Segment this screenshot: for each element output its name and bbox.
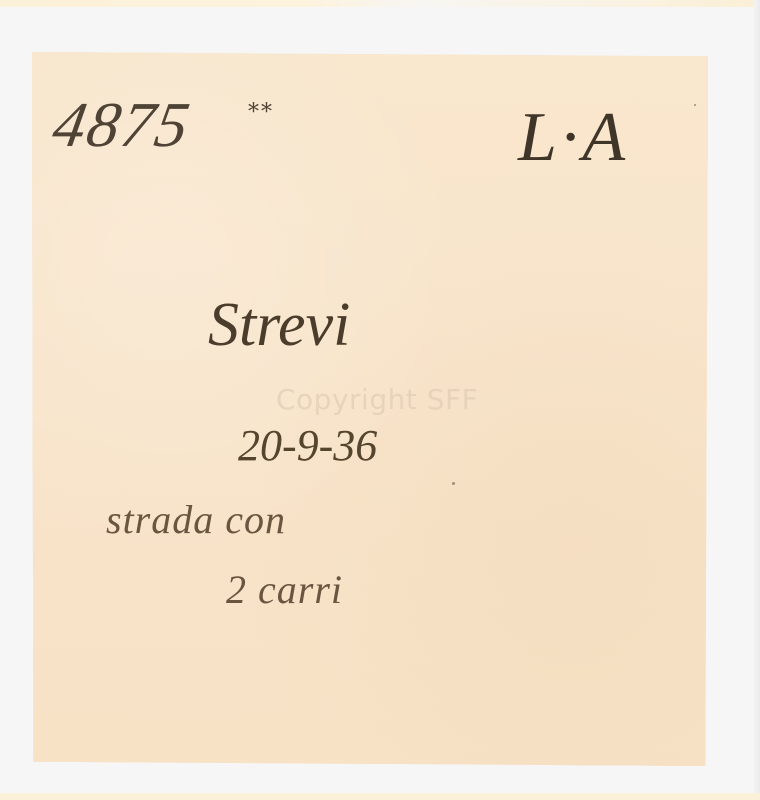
date-text: 20-9-36 [238,420,377,471]
place-name: Strevi [208,290,350,361]
catalog-number: 4875 [47,88,196,162]
author-initials: L·A [518,98,629,178]
ink-speck [694,104,696,106]
mount-bottom-strip [0,793,760,800]
description-line-1: strada con [106,496,286,543]
catalog-marks: ** [248,100,274,125]
mount-right-edge [754,0,760,800]
mount-top-strip [0,0,760,7]
description-line-2: 2 carri [226,566,343,613]
copyright-watermark: Copyright SFF [276,383,478,416]
ink-speck [452,482,455,485]
